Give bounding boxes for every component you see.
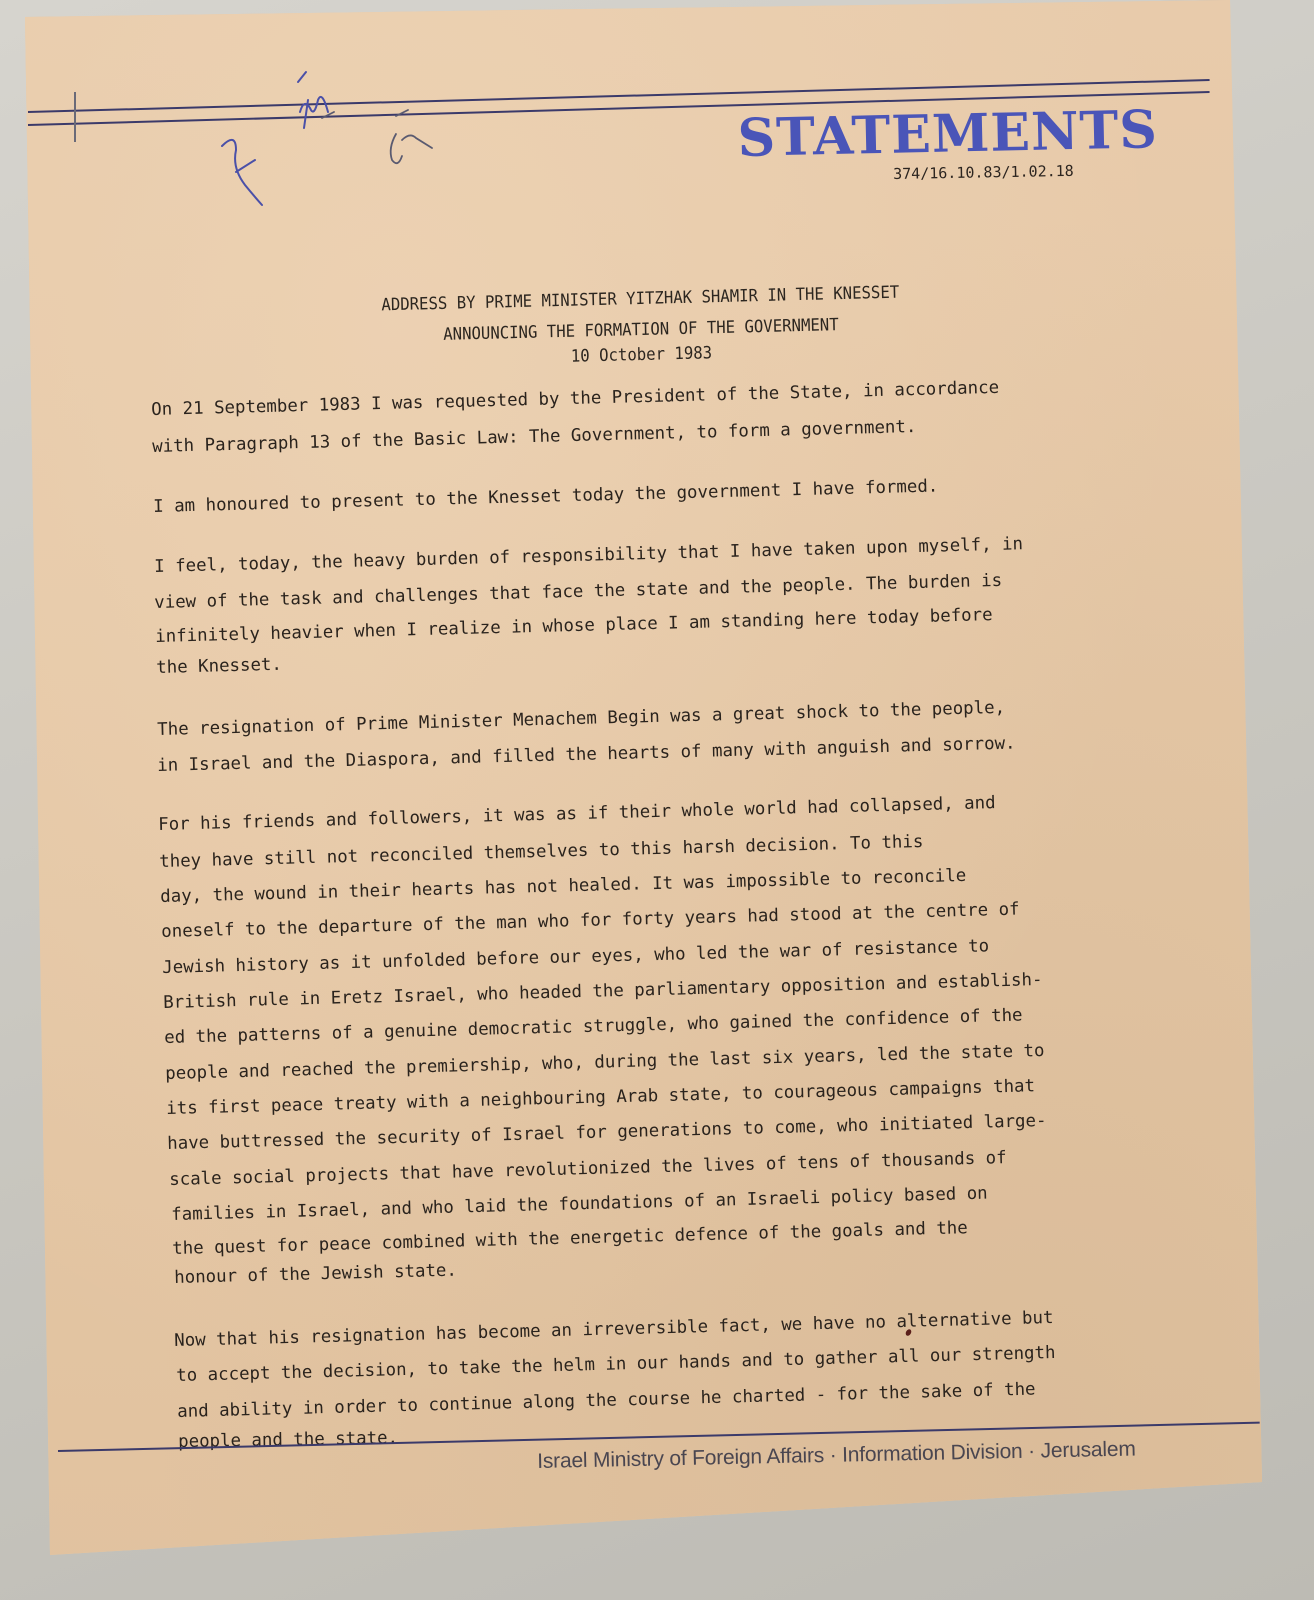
paragraph-3-line-1: I feel, today, the heavy burden of respo… [154,534,1023,577]
paragraph-3-line-3: infinitely heavier when I realize in who… [155,605,993,647]
paragraph-5-line-8: people and reached the premiership, who,… [165,1041,1045,1084]
document-page: STATEMENTS 374/16.10.83/1.02.18 ADDRESS … [0,0,1314,1600]
paragraph-2-line-1: I am honoured to present to the Knesset … [153,476,939,517]
footer-publisher: Israel Ministry of Foreign Affairs · Inf… [537,1437,1136,1474]
paragraph-5-line-14: honour of the Jewish state. [174,1261,457,1288]
paragraph-6-line-4: people and the state. [178,1428,398,1452]
paragraph-5-line-3: day, the wound in their hearts has not h… [160,866,966,907]
paragraph-6-line-2: to accept the decision, to take the helm… [176,1343,1056,1386]
paragraph-5-line-4: oneself to the departure of the man who … [161,900,1020,942]
document-title-block: ADDRESS BY PRIME MINISTER YITZHAK SHAMIR… [290,275,991,379]
paragraph-5-line-1: For his friends and followers, it was as… [158,793,996,835]
margin-tick-mark [74,92,76,142]
masthead-title: STATEMENTS [737,99,1158,169]
paragraph-1-line-1: On 21 September 1983 I was requested by … [151,378,999,420]
paragraph-1-line-2: with Paragraph 13 of the Basic Law: The … [152,417,917,457]
paragraph-3-line-4: the Knesset. [156,655,282,678]
reference-number: 374/16.10.83/1.02.18 [893,162,1074,183]
paragraph-6-line-3: and ability in order to continue along t… [177,1380,1036,1422]
paragraph-5-line-6: British rule in Eretz Israel, who headed… [163,970,1043,1013]
paragraph-5-line-11: scale social projects that have revoluti… [169,1148,1007,1190]
paragraph-5-line-5: Jewish history as it unfolded before our… [162,936,989,978]
paragraph-4-line-2: in Israel and the Diaspora, and filled t… [157,734,1016,776]
paragraph-5-line-7: ed the patterns of a genuine democratic … [164,1006,1023,1048]
paragraph-5-line-12: families in Israel, and who laid the fou… [171,1184,988,1225]
paragraph-5-line-2: they have still not reconciled themselve… [159,832,924,872]
paragraph-3-line-2: view of the task and challenges that fac… [154,571,1002,613]
paragraph-5-line-13: the quest for peace combined with the en… [172,1218,968,1259]
paragraph-4-line-1: The resignation of Prime Minister Menach… [157,698,1005,740]
paragraph-5-line-10: have buttressed the security of Israel f… [167,1111,1047,1154]
paragraph-6-line-1: Now that his resignation has become an i… [174,1308,1054,1351]
paragraph-5-line-9: its first peace treaty with a neighbouri… [166,1076,1035,1119]
